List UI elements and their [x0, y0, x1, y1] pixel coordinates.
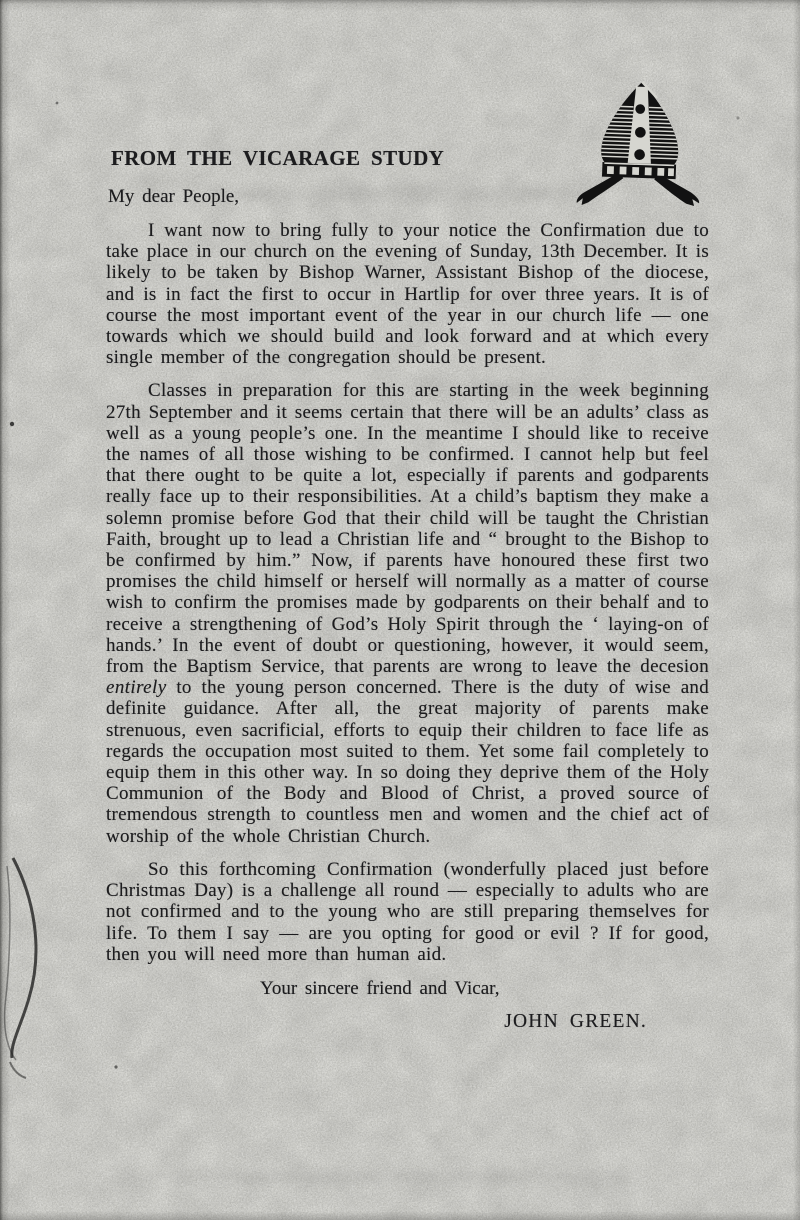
- paragraph-confirmation-notice: I want now to bring fully to your notice…: [106, 220, 709, 368]
- signature: JOHN GREEN.: [106, 1011, 647, 1033]
- salutation: My dear People,: [108, 186, 709, 208]
- showthrough-smudge: [170, 1172, 630, 1183]
- paragraph-classes-and-promises: Classes in preparation for this are star…: [106, 380, 709, 846]
- paragraph-2-italic-word: entirely: [106, 677, 167, 698]
- paragraph-2-text-start: Classes in preparation for this are star…: [106, 380, 709, 677]
- magazine-page: FROM THE VICARAGE STUDY My dear People, …: [0, 0, 800, 1220]
- letter-body: FROM THE VICARAGE STUDY My dear People, …: [106, 0, 709, 1033]
- paragraph-challenge: So this forthcoming Confirmation (wonder…: [106, 859, 709, 965]
- closing-line: Your sincere friend and Vicar,: [260, 978, 709, 1000]
- page-title: FROM THE VICARAGE STUDY: [111, 146, 709, 171]
- paragraph-2-text-end: to the young person concerned. There is …: [106, 677, 709, 846]
